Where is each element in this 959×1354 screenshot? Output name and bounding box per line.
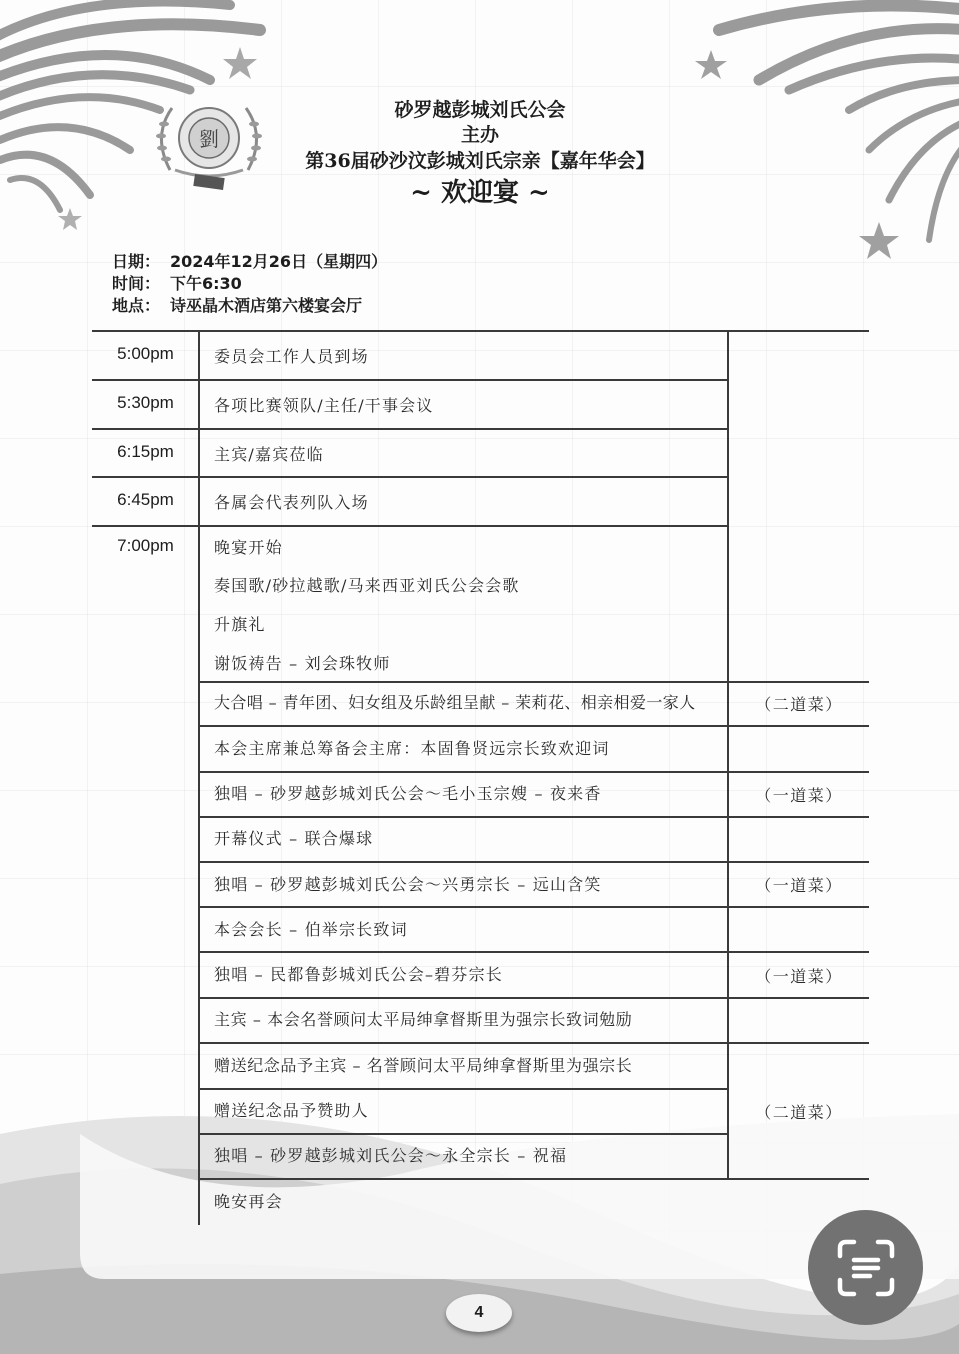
activity-item: 赠送纪念品予主宾 – 名誉顾问太平局绅拿督斯里为强宗长 bbox=[214, 1053, 632, 1076]
dish-note: （二道菜） bbox=[730, 1100, 868, 1123]
event-info: 日期：2024年12月26日（星期四） 时间：下午6:30 地点：诗巫晶木酒店第… bbox=[112, 251, 387, 317]
organizer-name: 砂罗越彭城刘氏公会 bbox=[250, 98, 710, 123]
row-divider bbox=[199, 906, 869, 908]
activity-item: 本会主席兼总筹备会主席：本固鲁贤远宗长致欢迎词 bbox=[214, 736, 610, 759]
host-label: 主办 bbox=[250, 123, 710, 148]
time-column-divider bbox=[198, 330, 200, 1225]
activity-item: 各项比赛领队/主任/干事会议 bbox=[214, 393, 434, 416]
activity-item: 晚宴开始 bbox=[214, 535, 283, 558]
row-divider bbox=[199, 725, 869, 727]
activity-item: 独唱 – 民都鲁彭城刘氏公会–碧芬宗长 bbox=[214, 962, 503, 985]
svg-text:劉: 劉 bbox=[199, 127, 219, 151]
activity-item: 各属会代表列队入场 bbox=[214, 490, 369, 513]
activity-item: 升旗礼 bbox=[214, 612, 266, 635]
row-divider bbox=[199, 997, 869, 999]
activity-item: 委员会工作人员到场 bbox=[214, 344, 369, 367]
dish-note: （二道菜） bbox=[730, 692, 868, 715]
row-divider bbox=[92, 476, 728, 478]
row-divider bbox=[199, 1088, 728, 1090]
row-divider bbox=[199, 771, 869, 773]
event-title-block: 砂罗越彭城刘氏公会 主办 第36届砂沙汶彭城刘氏宗亲【嘉年华会】 ~ 欢迎宴 ~ bbox=[250, 98, 710, 210]
row-divider bbox=[199, 861, 869, 863]
activity-item: 赠送纪念品予赞助人 bbox=[214, 1098, 369, 1121]
activity-item: 独唱 – 砂罗越彭城刘氏公会～兴勇宗长 – 远山含笑 bbox=[214, 872, 602, 895]
venue-label: 地点： bbox=[112, 295, 170, 317]
activity-item: 主宾 – 本会名誉顾问太平局绅拿督斯里为强宗长致词勉励 bbox=[214, 1007, 632, 1030]
activity-item: 谢饭祷告 – 刘会珠牧师 bbox=[214, 651, 391, 674]
text-scan-button[interactable] bbox=[808, 1210, 923, 1325]
row-divider bbox=[199, 951, 869, 953]
row-divider bbox=[199, 1133, 728, 1135]
time-value: 下午6:30 bbox=[170, 273, 242, 295]
time-cell: 5:30pm bbox=[92, 393, 199, 413]
table-top-border bbox=[92, 330, 869, 332]
date-label: 日期： bbox=[112, 251, 170, 273]
dish-note: （一道菜） bbox=[730, 783, 868, 806]
venue-value: 诗巫晶木酒店第六楼宴会厅 bbox=[170, 295, 362, 317]
activity-item: 本会会长 – 伯举宗长致词 bbox=[214, 917, 408, 940]
row-divider bbox=[199, 681, 869, 683]
text-scan-icon bbox=[836, 1238, 896, 1298]
page-number: 4 bbox=[446, 1294, 512, 1332]
row-divider bbox=[92, 379, 728, 381]
dish-note: （一道菜） bbox=[730, 964, 868, 987]
activity-item: 独唱 – 砂罗越彭城刘氏公会～永全宗长 – 祝福 bbox=[214, 1143, 567, 1166]
event-subtitle: ~ 欢迎宴 ~ bbox=[250, 176, 710, 210]
time-cell: 6:45pm bbox=[92, 490, 199, 510]
row-divider bbox=[92, 428, 728, 430]
activity-item: 奏国歌/砂拉越歌/马来西亚刘氏公会会歌 bbox=[214, 573, 520, 596]
date-value: 2024年12月26日（星期四） bbox=[170, 251, 387, 273]
dish-note: （一道菜） bbox=[730, 873, 868, 896]
activity-item: 开幕仪式 – 联合爆球 bbox=[214, 826, 373, 849]
activity-item: 晚安再会 bbox=[214, 1189, 283, 1212]
activity-item: 独唱 – 砂罗越彭城刘氏公会～毛小玉宗嫂 – 夜来香 bbox=[214, 781, 602, 804]
row-divider bbox=[199, 816, 869, 818]
event-name: 第36届砂沙汶彭城刘氏宗亲【嘉年华会】 bbox=[250, 148, 710, 174]
time-cell: 6:15pm bbox=[92, 442, 199, 462]
time-cell: 5:00pm bbox=[92, 344, 199, 364]
row-divider bbox=[92, 525, 728, 527]
activity-item: 大合唱 – 青年团、妇女组及乐龄组呈献 – 茉莉花、相亲相爱一家人 bbox=[214, 690, 696, 713]
activity-item: 主宾/嘉宾莅临 bbox=[214, 442, 324, 465]
time-cell: 7:00pm bbox=[92, 536, 199, 556]
row-divider bbox=[199, 1042, 869, 1044]
row-divider bbox=[199, 1178, 869, 1180]
dish-column-divider bbox=[727, 330, 729, 1180]
time-label: 时间： bbox=[112, 273, 170, 295]
